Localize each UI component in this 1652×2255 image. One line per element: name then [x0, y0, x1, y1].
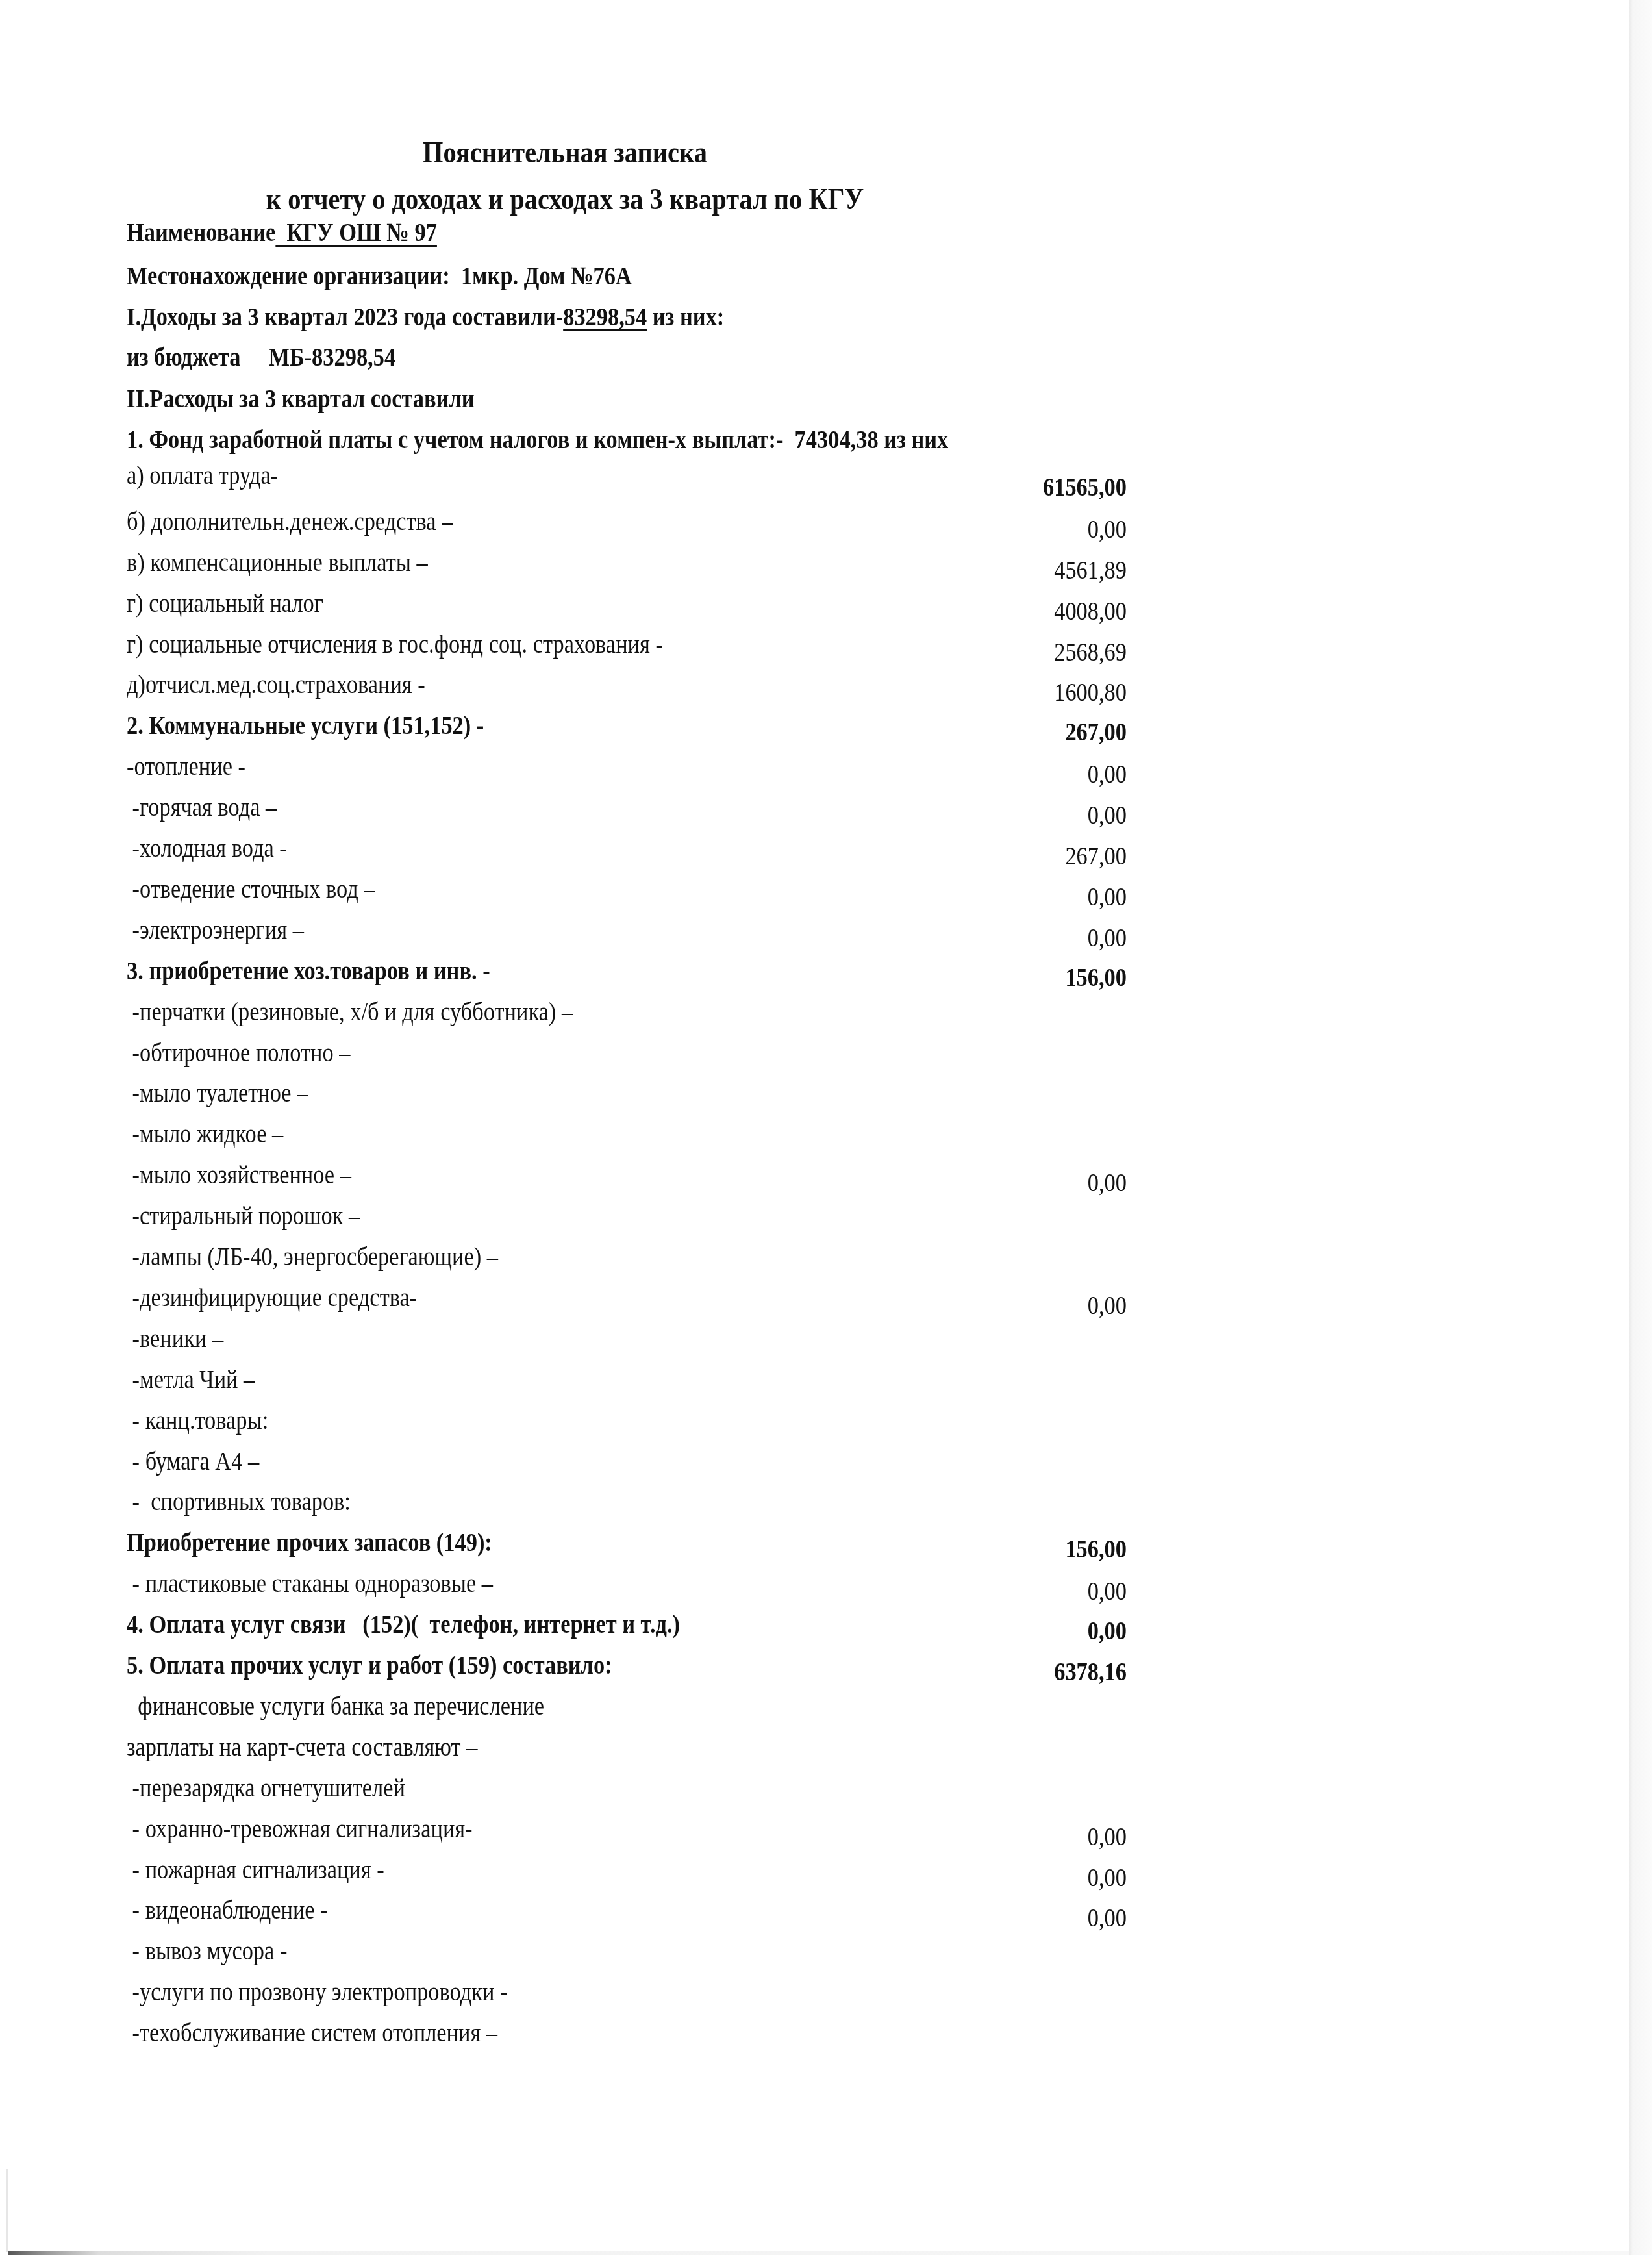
- budget-value: МБ-83298,54: [268, 342, 395, 372]
- line-item-label: -мыло туалетное –: [127, 1080, 308, 1106]
- line-item-label: - пластиковые стаканы одноразовые –: [127, 1570, 493, 1596]
- line-item-value: 61565,00: [1043, 474, 1127, 500]
- scan-shadow-left: [6, 2169, 8, 2252]
- line-item-label: - пожарная сигнализация -: [127, 1857, 384, 1883]
- line-item-label: -горячая вода –: [127, 794, 277, 820]
- expenses-heading: II.Расходы за 3 квартал составили: [127, 386, 475, 412]
- budget-line: из бюджета МБ-83298,54: [127, 344, 395, 370]
- line-item-label: - вывоз мусора -: [127, 1938, 287, 1964]
- section-total: 267,00: [1065, 719, 1127, 745]
- section-total: 0,00: [1088, 1618, 1127, 1644]
- line-item-label: б) дополнительн.денеж.средства –: [127, 509, 453, 535]
- line-item-label: -услуги по прозвону электропроводки -: [127, 1979, 507, 2005]
- income-prefix: I.Доходы за 3 квартал 2023 года составил…: [127, 302, 563, 331]
- line-item-label: -электроэнергия –: [127, 917, 304, 943]
- line-item-value: 0,00: [1088, 1170, 1127, 1196]
- document-title: Пояснительная записка: [79, 138, 1051, 168]
- line-item-value: 0,00: [1088, 884, 1127, 910]
- line-item-label: д)отчисл.мед.соц.страхования -: [127, 672, 425, 698]
- scan-shadow-right: [1629, 0, 1652, 2255]
- section-total: 74304,38 из них: [795, 425, 949, 454]
- line-item-value: 0,00: [1088, 1578, 1127, 1604]
- document-subtitle: к отчету о доходах и расходах за 3 кварт…: [79, 184, 1051, 215]
- line-item-label: - охранно-тревожная сигнализация-: [127, 1816, 473, 1842]
- line-item-label: -мыло хозяйственное –: [127, 1162, 351, 1188]
- section-title: 1. Фонд заработной платы с учетом налого…: [127, 425, 783, 454]
- line-item-label: -веники –: [127, 1326, 223, 1352]
- budget-label: из бюджета: [127, 342, 240, 372]
- line-item-value: 0,00: [1088, 1824, 1127, 1850]
- section-title: 3. приобретение хоз.товаров и инв. -: [127, 958, 490, 984]
- section-total: 6378,16: [1054, 1659, 1127, 1685]
- line-item-value: 4561,89: [1054, 557, 1127, 583]
- line-item-label: г) социальные отчисления в гос.фонд соц.…: [127, 631, 663, 657]
- line-item-label: -лампы (ЛБ-40, энергосберегающие) –: [127, 1244, 498, 1270]
- income-suffix: из них:: [647, 302, 724, 331]
- line-item-value: 0,00: [1088, 1905, 1127, 1931]
- line-item-label: -холодная вода -: [127, 835, 287, 861]
- section-title: Приобретение прочих запасов (149):: [127, 1530, 492, 1556]
- organization-name-value: КГУ ОШ № 97: [275, 218, 437, 247]
- line-item-value: 0,00: [1088, 802, 1127, 828]
- line-item-label: зарплаты на карт-счета составляют –: [127, 1734, 477, 1760]
- scan-shadow-bottom: [8, 2251, 1629, 2255]
- organization-location-value: 1мкр. Дом №76А: [461, 261, 632, 290]
- line-item-label: -техобслуживание систем отопления –: [127, 2020, 497, 2046]
- section-heading: 1. Фонд заработной платы с учетом налого…: [127, 427, 948, 453]
- line-item-value: 0,00: [1088, 516, 1127, 542]
- section-total: 156,00: [1065, 964, 1127, 990]
- line-item-label: а) оплата труда-: [127, 462, 278, 488]
- section-total: 156,00: [1065, 1536, 1127, 1562]
- line-item-label: -мыло жидкое –: [127, 1121, 283, 1147]
- line-item-value: 1600,80: [1054, 679, 1127, 705]
- organization-location-line: Местонахождение организации: 1мкр. Дом №…: [127, 263, 632, 289]
- line-item-label: -дезинфицирующие средства-: [127, 1285, 417, 1311]
- line-item-label: -перезарядка огнетушителей: [127, 1775, 405, 1801]
- line-item-label: -обтирочное полотно –: [127, 1040, 350, 1066]
- section-title: 2. Коммунальные услуги (151,152) -: [127, 712, 484, 738]
- income-line: I.Доходы за 3 квартал 2023 года составил…: [127, 304, 724, 330]
- organization-name-label: Наименование: [127, 218, 275, 247]
- line-item-label: -стиральный порошок –: [127, 1203, 360, 1229]
- line-item-value: 0,00: [1088, 761, 1127, 787]
- line-item-label: - бумага А4 –: [127, 1448, 259, 1474]
- line-item-value: 4008,00: [1054, 598, 1127, 624]
- line-item-label: - спортивных товаров:: [127, 1489, 351, 1515]
- section-title: 4. Оплата услуг связи (152)( телефон, ин…: [127, 1611, 680, 1637]
- line-item-label: -отведение сточных вод –: [127, 876, 375, 902]
- line-item-value: 2568,69: [1054, 639, 1127, 665]
- organization-location-label: Местонахождение организации:: [127, 261, 450, 290]
- line-item-value: 0,00: [1088, 1865, 1127, 1891]
- line-item-label: -метла Чий –: [127, 1367, 255, 1392]
- line-item-label: финансовые услуги банка за перечисление: [127, 1693, 544, 1719]
- line-item-label: - канц.товары:: [127, 1407, 268, 1433]
- line-item-label: в) компенсационные выплаты –: [127, 549, 428, 575]
- line-item-label: - видеонаблюдение -: [127, 1897, 328, 1923]
- income-amount: 83298,54: [563, 302, 647, 331]
- line-item-label: г) социальный налог: [127, 590, 323, 616]
- section-title: 5. Оплата прочих услуг и работ (159) сос…: [127, 1652, 612, 1678]
- line-item-value: 267,00: [1065, 843, 1127, 869]
- line-item-value: 0,00: [1088, 925, 1127, 951]
- line-item-label: -перчатки (резиновые, х/б и для субботни…: [127, 999, 573, 1025]
- line-item-label: -отопление -: [127, 753, 245, 779]
- organization-name-line: Наименование КГУ ОШ № 97: [127, 220, 437, 246]
- line-item-value: 0,00: [1088, 1292, 1127, 1318]
